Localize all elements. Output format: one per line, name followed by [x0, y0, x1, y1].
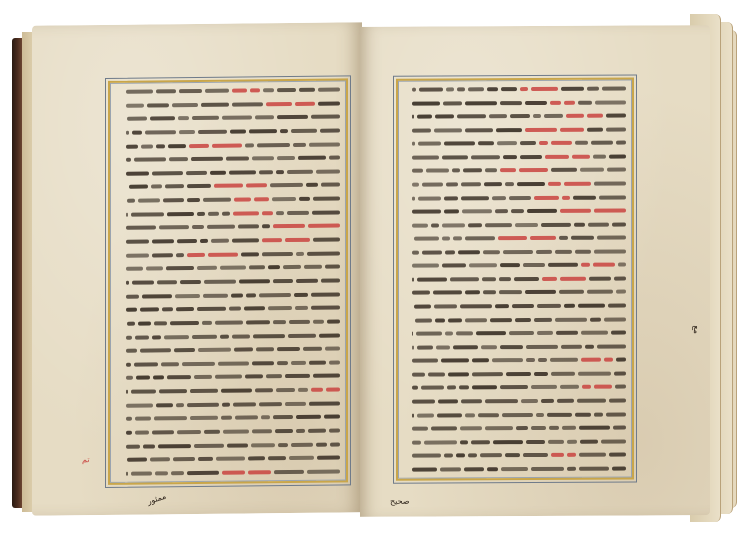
- script-word: [187, 471, 219, 475]
- script-word: [461, 399, 482, 403]
- script-word: [210, 171, 226, 175]
- script-word: [457, 87, 465, 91]
- script-word: [238, 225, 259, 229]
- script-word: [431, 426, 457, 430]
- rubric-word: [214, 184, 243, 188]
- rubric-word: [262, 238, 282, 242]
- script-word: [216, 457, 245, 461]
- script-word: [256, 347, 274, 351]
- script-word: [536, 412, 544, 416]
- script-word: [129, 185, 148, 189]
- script-word: [500, 385, 528, 389]
- script-word: [152, 253, 173, 257]
- script-line: [404, 153, 626, 160]
- script-word: [612, 222, 626, 226]
- script-word: [520, 141, 536, 145]
- script-word: [538, 358, 547, 362]
- script-line: [116, 264, 340, 272]
- script-word: [167, 376, 191, 380]
- script-word: [304, 265, 322, 269]
- script-word: [330, 442, 340, 446]
- script-line: [404, 397, 626, 404]
- script-word: [412, 183, 419, 187]
- script-word: [170, 321, 199, 325]
- script-word: [171, 471, 184, 475]
- script-word: [200, 239, 208, 243]
- script-line: [404, 275, 626, 282]
- script-word: [259, 293, 291, 297]
- script-word: [318, 101, 340, 105]
- script-line: [404, 303, 626, 310]
- script-word: [578, 304, 605, 308]
- script-word: [127, 322, 135, 326]
- script-word: [436, 345, 450, 349]
- script-word: [594, 181, 626, 185]
- script-word: [145, 130, 176, 134]
- script-word: [503, 250, 533, 254]
- script-word: [164, 335, 189, 339]
- script-word: [428, 372, 445, 376]
- script-word: [126, 376, 133, 380]
- script-word: [313, 320, 324, 324]
- script-word: [606, 114, 626, 118]
- script-word: [251, 443, 275, 447]
- script-word: [261, 416, 270, 420]
- rubric-word: [587, 114, 603, 118]
- script-word: [412, 223, 428, 227]
- script-word: [567, 439, 577, 443]
- script-word: [136, 376, 150, 380]
- script-word: [311, 306, 340, 310]
- script-word: [550, 358, 578, 362]
- script-word: [198, 130, 227, 134]
- script-line: [116, 114, 340, 122]
- script-word: [412, 413, 414, 417]
- script-word: [412, 386, 418, 390]
- script-line: [404, 221, 626, 228]
- script-word: [296, 279, 318, 283]
- script-word: [153, 376, 164, 380]
- script-word: [126, 158, 131, 162]
- script-word: [182, 362, 215, 366]
- script-word: [533, 114, 541, 118]
- script-word: [176, 307, 194, 311]
- script-word: [412, 101, 440, 105]
- script-word: [192, 225, 204, 229]
- script-word: [157, 280, 177, 284]
- script-word: [446, 87, 454, 91]
- script-word: [278, 443, 288, 447]
- script-word: [445, 332, 453, 336]
- script-word: [255, 388, 273, 392]
- script-word: [417, 277, 447, 281]
- script-word: [252, 361, 274, 365]
- script-word: [146, 267, 163, 271]
- script-word: [496, 128, 522, 132]
- script-word: [589, 276, 611, 280]
- script-word: [510, 114, 530, 118]
- script-word: [489, 114, 507, 118]
- script-word: [465, 318, 487, 322]
- rubric-word: [560, 127, 584, 131]
- rubric-word: [534, 195, 559, 199]
- script-word: [126, 363, 131, 367]
- script-word: [595, 100, 626, 104]
- script-line: [404, 194, 626, 201]
- script-line: [116, 346, 340, 354]
- rubric-word: [311, 388, 323, 392]
- script-line: [404, 86, 626, 93]
- script-word: [444, 454, 453, 458]
- script-word: [505, 182, 514, 186]
- script-word: [140, 308, 159, 312]
- script-word: [612, 466, 626, 470]
- script-word: [523, 453, 548, 457]
- script-word: [609, 398, 626, 402]
- script-word: [484, 182, 502, 186]
- script-word: [516, 426, 528, 430]
- script-word: [604, 317, 626, 321]
- script-word: [461, 182, 481, 186]
- script-word: [135, 335, 149, 339]
- script-word: [126, 431, 132, 435]
- script-word: [580, 439, 598, 443]
- script-word: [547, 412, 572, 416]
- script-word: [154, 416, 187, 420]
- script-word: [597, 344, 626, 348]
- script-word: [450, 277, 479, 281]
- script-word: [460, 304, 492, 308]
- script-word: [515, 223, 538, 227]
- script-word: [412, 142, 415, 146]
- script-word: [412, 332, 413, 336]
- script-word: [415, 318, 432, 322]
- script-word: [599, 195, 626, 199]
- rubric-word: [530, 236, 556, 240]
- script-word: [127, 117, 147, 121]
- script-word: [255, 115, 274, 119]
- script-word: [585, 344, 594, 348]
- script-word: [509, 196, 531, 200]
- script-word: [318, 88, 340, 92]
- rubric-word: [560, 277, 586, 281]
- script-word: [448, 318, 462, 322]
- script-word: [461, 196, 489, 200]
- script-word: [412, 196, 415, 200]
- script-word: [147, 103, 169, 107]
- script-word: [613, 426, 626, 430]
- script-word: [412, 264, 439, 268]
- script-line: [116, 359, 340, 367]
- script-word: [460, 426, 482, 430]
- script-word: [309, 360, 326, 364]
- script-word: [152, 430, 174, 434]
- script-word: [452, 169, 460, 173]
- script-word: [614, 276, 626, 280]
- rubric-word: [208, 252, 238, 256]
- script-word: [412, 250, 419, 254]
- script-word: [138, 321, 151, 325]
- script-word: [587, 127, 603, 131]
- script-word: [222, 116, 252, 120]
- left-catchword: ممثور: [146, 492, 167, 507]
- script-word: [177, 430, 201, 434]
- script-word: [249, 266, 265, 270]
- script-word: [277, 88, 296, 92]
- script-word: [412, 291, 430, 295]
- script-word: [312, 210, 340, 214]
- rubric-word: [548, 182, 561, 186]
- script-word: [317, 456, 340, 460]
- script-word: [551, 168, 577, 172]
- script-word: [597, 236, 626, 240]
- script-line: [116, 318, 340, 326]
- script-word: [531, 385, 557, 389]
- script-word: [442, 155, 468, 159]
- script-word: [581, 331, 608, 335]
- script-line: [404, 289, 626, 296]
- script-line: [404, 208, 626, 215]
- script-word: [289, 320, 310, 324]
- script-word: [465, 413, 475, 417]
- script-word: [192, 116, 219, 120]
- script-word: [135, 417, 151, 421]
- script-word: [541, 399, 554, 403]
- script-word: [551, 372, 575, 376]
- script-word: [416, 332, 442, 336]
- script-word: [276, 211, 284, 215]
- script-word: [179, 130, 195, 134]
- script-word: [161, 362, 179, 366]
- script-word: [615, 385, 626, 389]
- script-word: [587, 87, 599, 91]
- rubric-word: [525, 128, 557, 132]
- script-word: [492, 358, 523, 362]
- script-word: [262, 252, 293, 256]
- rubric-word: [232, 88, 247, 92]
- rubric-word: [562, 195, 570, 199]
- script-word: [505, 453, 520, 457]
- script-word: [142, 294, 172, 298]
- script-word: [273, 415, 293, 419]
- script-word: [412, 88, 416, 92]
- script-word: [419, 87, 443, 91]
- script-word: [442, 223, 465, 227]
- rubric-word: [531, 87, 558, 91]
- script-line: [404, 343, 626, 350]
- script-word: [313, 374, 340, 378]
- rubric-word: [594, 209, 626, 213]
- script-word: [500, 263, 520, 267]
- script-word: [313, 238, 340, 242]
- script-word: [464, 467, 484, 471]
- script-word: [291, 442, 313, 446]
- script-line: [404, 113, 626, 120]
- script-word: [154, 321, 167, 325]
- script-word: [548, 263, 578, 267]
- script-word: [273, 279, 293, 283]
- script-word: [414, 305, 431, 309]
- script-word: [191, 157, 223, 161]
- script-word: [141, 144, 153, 148]
- script-word: [412, 454, 441, 458]
- script-word: [173, 457, 195, 461]
- script-word: [472, 358, 489, 362]
- script-word: [152, 171, 183, 175]
- script-word: [319, 333, 340, 337]
- script-line: [116, 400, 340, 408]
- script-word: [421, 386, 444, 390]
- rubric-word: [246, 184, 267, 188]
- script-word: [580, 168, 604, 172]
- script-word: [232, 102, 263, 106]
- script-word: [525, 290, 556, 294]
- script-word: [174, 348, 195, 352]
- script-word: [521, 399, 538, 403]
- script-word: [458, 250, 480, 254]
- script-word: [150, 458, 170, 462]
- script-word: [321, 183, 340, 187]
- script-word: [187, 184, 211, 188]
- script-word: [175, 294, 200, 298]
- script-word: [447, 386, 456, 390]
- script-line: [404, 167, 626, 174]
- script-word: [273, 320, 286, 324]
- script-word: [608, 304, 626, 308]
- script-word: [497, 141, 517, 145]
- script-word: [126, 335, 132, 339]
- rubric-word: [545, 155, 569, 159]
- script-word: [442, 237, 450, 241]
- left-page: تم ممثور: [32, 22, 362, 515]
- script-word: [422, 250, 442, 254]
- script-word: [126, 403, 153, 407]
- rubric-word: [582, 385, 591, 389]
- rubric-word: [593, 263, 615, 267]
- script-word: [277, 347, 300, 351]
- script-word: [444, 209, 459, 213]
- rubric-word: [581, 263, 590, 267]
- script-word: [152, 335, 161, 339]
- script-line: [116, 291, 340, 299]
- script-word: [165, 185, 184, 189]
- script-word: [208, 212, 219, 216]
- left-text-block: [116, 87, 340, 477]
- script-word: [126, 417, 132, 421]
- script-word: [468, 223, 482, 227]
- script-line: [404, 357, 626, 364]
- script-word: [412, 169, 423, 173]
- script-word: [325, 347, 340, 351]
- script-word: [231, 293, 243, 297]
- script-word: [445, 250, 455, 254]
- script-word: [616, 141, 626, 145]
- rubric-word: [254, 197, 269, 201]
- rubric-word: [266, 102, 292, 106]
- script-word: [457, 114, 486, 118]
- script-word: [266, 375, 282, 379]
- script-word: [567, 467, 576, 471]
- script-word: [434, 304, 457, 308]
- script-word: [194, 375, 212, 379]
- script-word: [230, 129, 246, 133]
- rubric-word: [564, 100, 575, 104]
- script-word: [412, 467, 437, 471]
- script-word: [614, 371, 626, 375]
- script-word: [135, 431, 149, 435]
- script-word: [503, 155, 517, 159]
- script-word: [593, 154, 606, 158]
- script-word: [548, 439, 564, 443]
- script-word: [308, 429, 326, 433]
- script-word: [126, 103, 144, 107]
- left-text-frame: [108, 78, 348, 485]
- script-word: [412, 278, 414, 282]
- script-line: [116, 141, 340, 149]
- script-word: [435, 115, 454, 119]
- script-word: [417, 115, 432, 119]
- script-word: [444, 142, 475, 146]
- script-word: [268, 456, 286, 460]
- script-word: [555, 250, 572, 254]
- script-word: [476, 331, 506, 335]
- rubric-word: [572, 155, 590, 159]
- script-word: [132, 130, 142, 134]
- script-word: [176, 403, 184, 407]
- script-word: [316, 169, 340, 173]
- script-word: [448, 372, 469, 376]
- script-word: [471, 155, 500, 159]
- script-word: [587, 290, 613, 294]
- script-line: [404, 235, 626, 242]
- script-word: [294, 292, 308, 296]
- script-line: [116, 250, 340, 258]
- script-word: [590, 317, 601, 321]
- script-word: [287, 211, 309, 215]
- script-word: [126, 144, 138, 148]
- script-word: [574, 222, 585, 226]
- script-line: [116, 168, 340, 176]
- script-line: [116, 387, 340, 395]
- script-word: [246, 293, 256, 297]
- script-word: [412, 440, 421, 444]
- script-word: [481, 345, 497, 349]
- script-word: [578, 371, 611, 375]
- script-word: [227, 443, 248, 447]
- script-word: [158, 444, 191, 448]
- script-word: [287, 170, 313, 174]
- script-line: [404, 180, 626, 187]
- script-word: [469, 264, 497, 268]
- script-line: [404, 370, 626, 377]
- script-word: [321, 278, 340, 282]
- script-word: [285, 402, 306, 406]
- script-word: [434, 128, 462, 132]
- script-word: [559, 290, 584, 294]
- rubric-word: [262, 211, 273, 215]
- script-word: [311, 115, 340, 119]
- script-word: [579, 466, 609, 470]
- right-catchword: صحيح: [390, 497, 410, 506]
- script-word: [288, 333, 316, 337]
- script-word: [163, 198, 184, 202]
- script-word: [556, 331, 578, 335]
- script-line: [404, 452, 626, 459]
- script-word: [259, 170, 273, 174]
- script-word: [594, 412, 603, 416]
- script-word: [131, 212, 164, 216]
- script-word: [594, 249, 626, 253]
